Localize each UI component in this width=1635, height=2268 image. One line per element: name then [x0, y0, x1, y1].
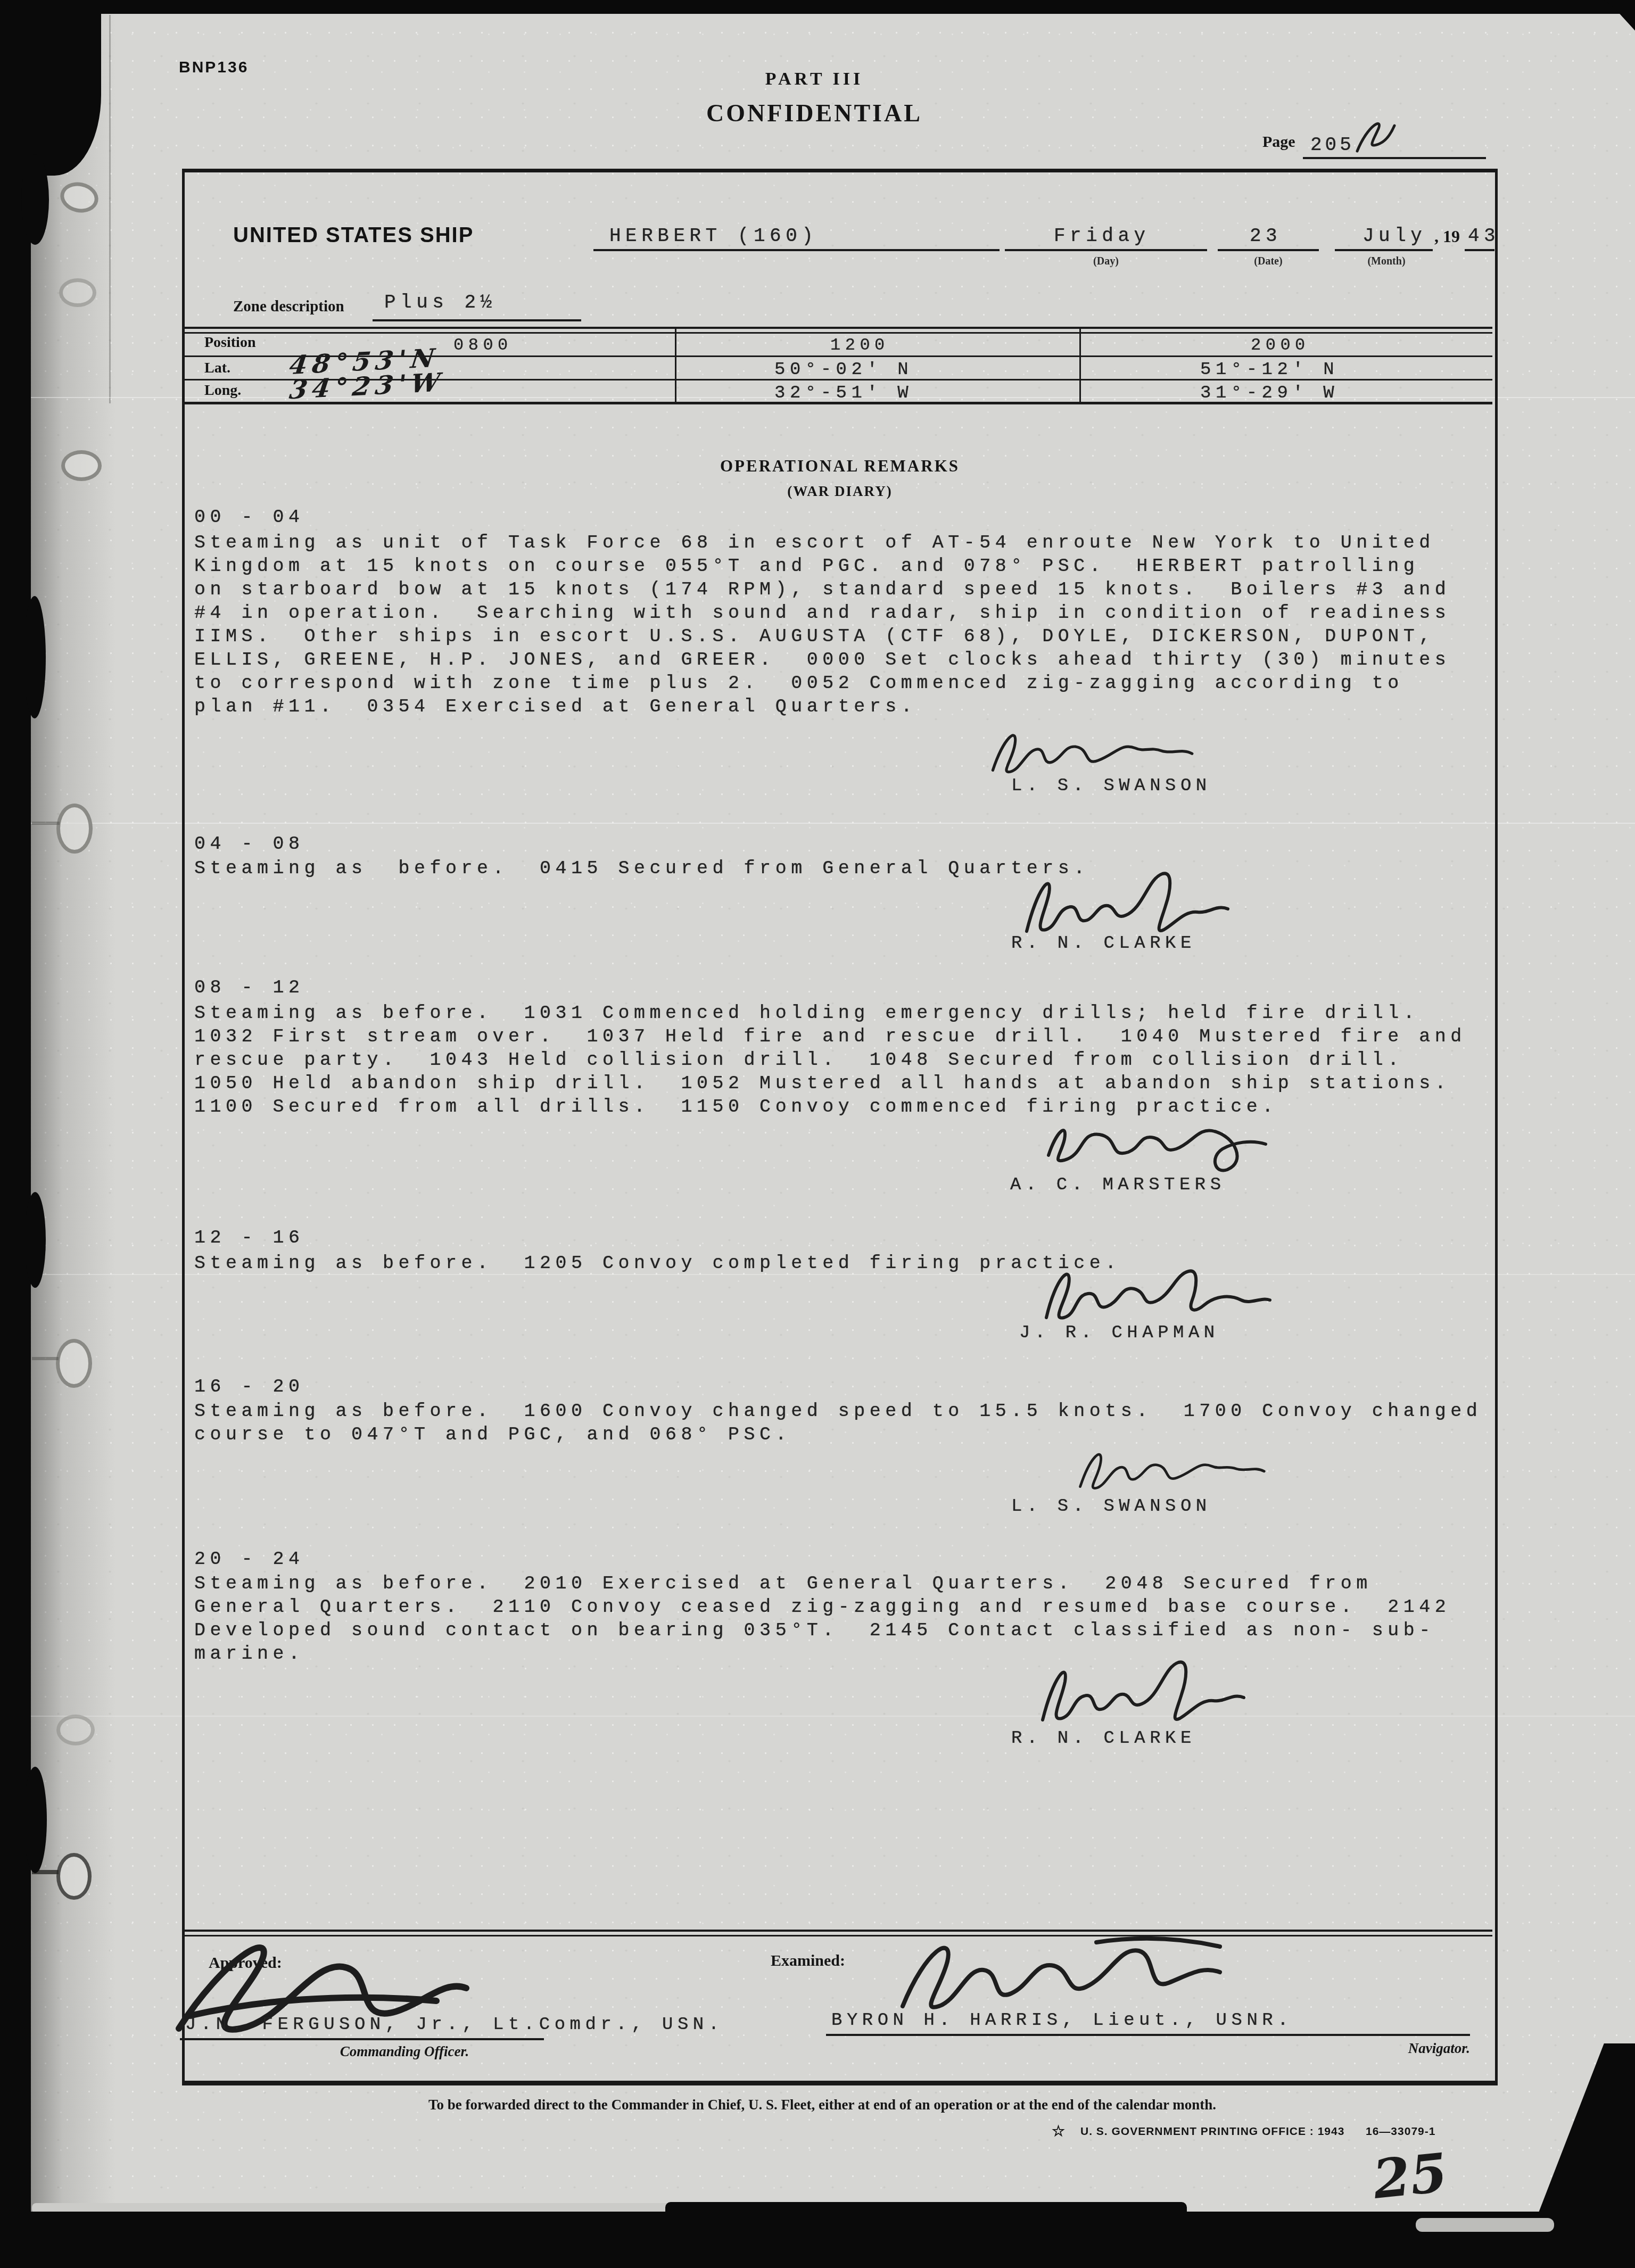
commanding-officer-title: Commanding Officer.: [314, 2043, 495, 2060]
entry-period: 00 - 04: [194, 507, 304, 528]
year-underline: [1465, 249, 1494, 251]
navigator-name: BYRON H. HARRIS, Lieut., USNR.: [831, 2010, 1293, 2031]
page-number-correction-mark: [1347, 113, 1405, 161]
signature-script: [1001, 1653, 1299, 1733]
navy-stamp: BNP136: [179, 59, 249, 77]
signature-name: A. C. MARSTERS: [1010, 1175, 1226, 1195]
scan-blob-artifact: [24, 1192, 46, 1288]
remarks-title: OPERATIONAL REMARKS: [574, 457, 1106, 476]
scan-blob-artifact: [23, 596, 46, 718]
day-underline: [1005, 249, 1207, 251]
scan-edge-artifact: [0, 0, 1635, 14]
signature-script: [985, 1254, 1325, 1334]
zone-description-underline: [373, 319, 581, 321]
zone-description-value: Plus 2½: [384, 292, 497, 313]
scan-edge-artifact: [0, 0, 31, 2268]
entry-period: 20 - 24: [194, 1549, 304, 1570]
month-value: July: [1362, 225, 1426, 247]
hole-punch-artifact: [59, 278, 96, 307]
hole-punch-line-artifact: [32, 1357, 59, 1360]
signature-script: [1001, 1437, 1341, 1501]
year-value: 43: [1468, 225, 1500, 247]
zone-description-label: Zone description: [233, 298, 344, 316]
hole-punch-line-artifact: [32, 822, 60, 825]
year-prefix: , 19: [1434, 227, 1460, 246]
page-number-underline: [1303, 157, 1486, 159]
ship-name-underline: [593, 249, 1000, 251]
signature-name: R. N. CLARKE: [1011, 1728, 1196, 1749]
hole-punch-artifact: [56, 1715, 95, 1745]
signature-name: R. N. CLARKE: [1011, 933, 1196, 954]
entry-period: 04 - 08: [194, 833, 304, 855]
month-underline: [1335, 249, 1433, 251]
signature-script: [883, 716, 1299, 785]
hole-punch-artifact: [56, 804, 93, 854]
lat-2000-value: 51°-12' N: [1200, 360, 1339, 380]
scan-blob-artifact: [23, 1767, 47, 1873]
examined-label: Examined:: [771, 1952, 845, 1970]
long-row-label: Long.: [204, 382, 241, 399]
entry-text: Steaming as before. 0415 Secured from Ge…: [194, 857, 1514, 880]
page-label: Page: [1262, 133, 1295, 151]
day-caption: (Day): [1074, 255, 1138, 268]
commanding-officer-name: J.N. FERGUSON, Jr., Lt.Comdr., USN.: [185, 2015, 724, 2035]
lat-row-label: Lat.: [204, 360, 230, 377]
long-2000-value: 31°-29' W: [1200, 383, 1339, 403]
star-icon: ☆: [1052, 2122, 1065, 2140]
entry-text: Steaming as before. 2010 Exercised at Ge…: [194, 1572, 1514, 1666]
navigator-title: Navigator.: [1331, 2040, 1470, 2057]
month-caption: (Month): [1352, 255, 1421, 268]
signature-script: [974, 1099, 1347, 1179]
signature-name: L. S. SWANSON: [1011, 1496, 1211, 1517]
classification-heading: CONFIDENTIAL: [681, 99, 947, 127]
date-caption: (Date): [1234, 255, 1303, 268]
hole-punch-artifact: [61, 450, 102, 481]
date-value: 23: [1250, 225, 1282, 247]
gpo-number: 16—33079-1: [1366, 2125, 1435, 2138]
scan-edge-artifact: [0, 2212, 1635, 2268]
commanding-officer-underline: [180, 2038, 544, 2040]
signature-script: [985, 864, 1283, 944]
entry-text: Steaming as unit of Task Force 68 in esc…: [194, 531, 1514, 718]
under-sheet-edge-artifact: [109, 15, 111, 403]
table-rule: [182, 332, 1492, 334]
remarks-subtitle: (WAR DIARY): [574, 483, 1106, 500]
torn-paper-patch: [1416, 2218, 1554, 2232]
gpo-imprint: U. S. GOVERNMENT PRINTING OFFICE : 1943: [1080, 2125, 1344, 2138]
table-column-divider: [1079, 328, 1081, 403]
table-rule: [182, 327, 1492, 329]
table-header-1200: 1200: [830, 335, 889, 355]
lat-1200-value: 50°-02' N: [774, 360, 913, 380]
handwritten-page-number: 25: [1370, 2141, 1450, 2211]
table-header-position: Position: [204, 334, 255, 351]
part-heading: PART III: [734, 69, 894, 89]
scan-blob-artifact: [21, 154, 49, 245]
entry-period: 12 - 16: [194, 1227, 304, 1248]
navigator-underline: [826, 2034, 1470, 2036]
table-header-2000: 2000: [1251, 335, 1310, 355]
scanned-war-diary-page: BNP136 PART III CONFIDENTIAL Page 205 UN…: [0, 0, 1635, 2268]
day-value: Friday: [1054, 225, 1150, 247]
entry-period: 16 - 20: [194, 1376, 304, 1397]
long-1200-value: 32°-51' W: [774, 383, 913, 403]
signature-name: L. S. SWANSON: [1011, 776, 1211, 796]
date-underline: [1218, 249, 1319, 251]
table-column-divider: [675, 328, 676, 403]
signature-name: J. R. CHAPMAN: [1019, 1323, 1219, 1343]
entry-period: 08 - 12: [194, 977, 304, 998]
hole-punch-artifact: [56, 1339, 92, 1388]
forward-note: To be forwarded direct to the Commander …: [213, 2097, 1432, 2113]
navigator-signature: [883, 1925, 1245, 2021]
ship-name-value: HERBERT (160): [609, 225, 817, 247]
table-header-0800: 0800: [453, 335, 513, 355]
ship-name-label: UNITED STATES SHIP: [233, 224, 474, 247]
hole-punch-artifact: [56, 1853, 92, 1900]
